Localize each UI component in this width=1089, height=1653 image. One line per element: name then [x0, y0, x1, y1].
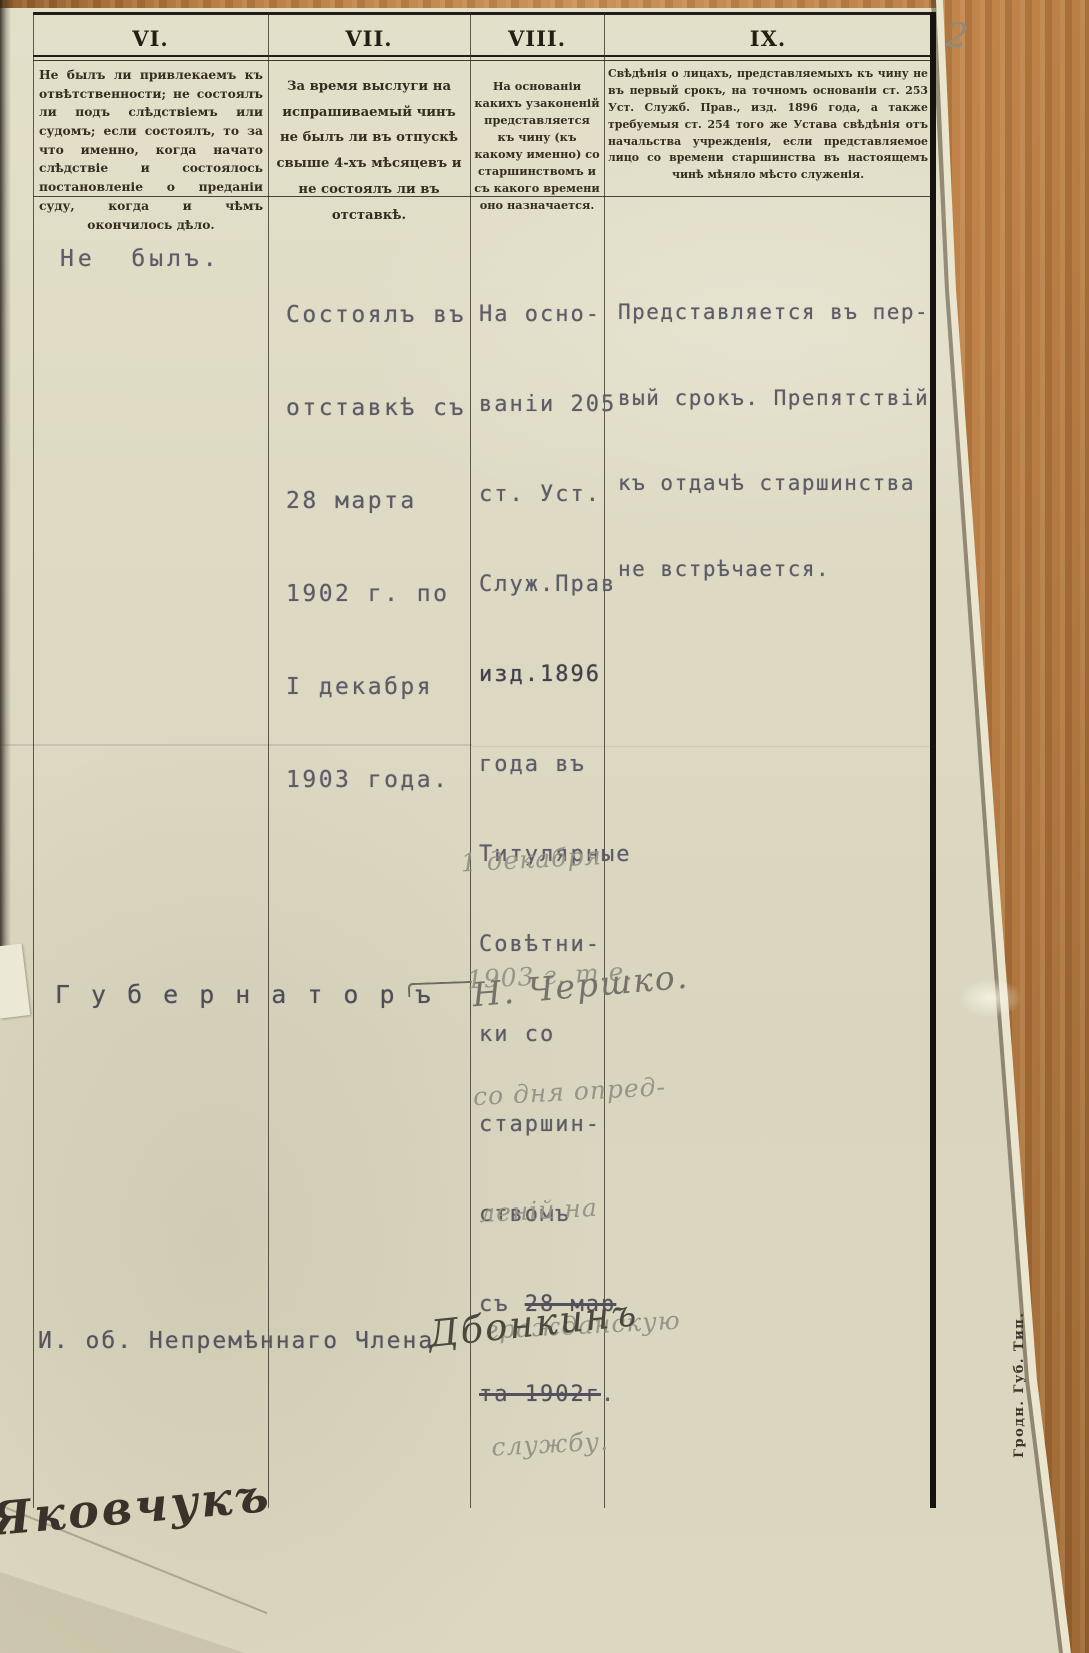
typed-line: изд.1896: [479, 662, 631, 702]
column-numeral-vii: VII.: [271, 22, 467, 54]
table-top-border: [33, 12, 935, 15]
column-border-vii-viii: [470, 12, 471, 1508]
typed-line: не встрѣчается.: [618, 557, 929, 595]
column-header-vi: Не былъ ли привлекаемъ къ отвѣтственност…: [39, 66, 263, 234]
column-border-vi-vii: [268, 12, 269, 1508]
handwritten-page-number: 2: [944, 15, 970, 57]
column-numeral-viii: VIII.: [473, 22, 601, 54]
typed-line: I декабря: [286, 674, 466, 715]
typed-line: Служ.Прав: [479, 572, 631, 612]
entry-col-ix: Представляется въ пер- вый срокъ. Препят…: [618, 252, 929, 642]
typed-line: 28 марта: [286, 488, 466, 529]
typed-line: ваніи 205: [479, 392, 631, 432]
typed-line: 1902 г. по: [286, 581, 466, 622]
typed-line: 1903 года.: [286, 767, 466, 808]
numeral-row-rule-1: [33, 55, 935, 57]
scan-left-edge: [0, 0, 11, 1005]
typed-line: отставкѣ съ: [286, 395, 466, 436]
printer-imprint-vertical: Гродн. Губ. Тип.: [1012, 1312, 1027, 1458]
handwritten-line: службу.: [490, 1418, 687, 1467]
column-border-left: [33, 12, 34, 1508]
scanned-document-page: VI. VII. VIII. IX. Не былъ ли привлекаем…: [0, 0, 1089, 1653]
governor-title: Губернаторъ: [55, 980, 452, 1009]
typed-line: Состоялъ въ: [286, 302, 466, 343]
column-border-right-heavy: [930, 12, 936, 1508]
typed-line: къ отдачѣ старшинства: [618, 471, 929, 509]
numeral-row-rule-2: [33, 60, 935, 61]
handwritten-line: 1 декабря: [460, 833, 657, 882]
paper-stain: [958, 978, 1022, 1018]
column-numeral-vi: VI.: [36, 22, 265, 54]
column-header-ix: Свѣдѣнія о лицахъ, представляемыхъ къ чи…: [608, 66, 928, 184]
entry-col-vi: Не былъ.: [60, 246, 221, 272]
handwritten-line: леній на: [478, 1184, 675, 1233]
column-numeral-ix: IX.: [607, 22, 929, 54]
typed-line: На осно-: [479, 302, 631, 342]
typed-line: вый срокъ. Препятствій: [618, 386, 929, 424]
typed-line: Представляется въ пер-: [618, 300, 929, 338]
typed-line: ст. Уст.: [479, 482, 631, 522]
entry-col-vii: Состоялъ въ отставкѣ съ 28 марта 1902 г.…: [286, 250, 466, 860]
handwritten-line: со дня опред-: [472, 1067, 669, 1116]
column-header-vii: За время выслуги на испрашиваемый чинъ н…: [273, 74, 465, 228]
entry-col-viii-handwritten-correction: 1 декабря 1903 г. т.е. со дня опред- лен…: [456, 755, 692, 1544]
column-header-viii: На основаніи какихъ узаконеній представл…: [474, 78, 600, 214]
member-title: И. об. Непремѣннаго Члена: [38, 1328, 434, 1354]
